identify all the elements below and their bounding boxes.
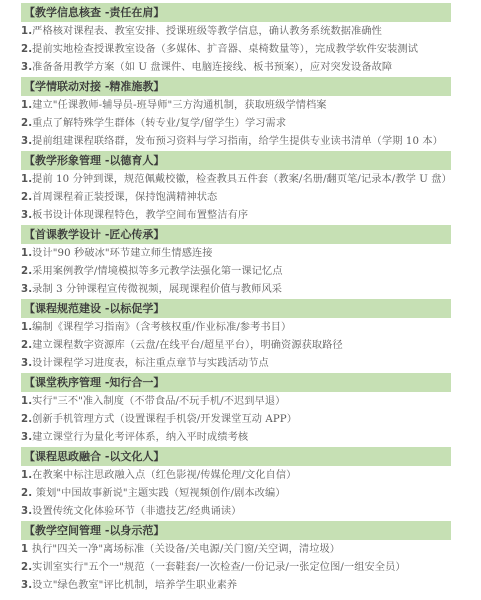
section-teacher-image: 【教学形象管理 -以德育人】 1.提前 10 分钟到课，规范佩戴校徽，检查教具五… bbox=[21, 151, 451, 225]
item-number: 2. bbox=[21, 118, 32, 129]
section-header: 【课程思政融合 -以文化人】 bbox=[21, 447, 451, 466]
item-text: 首周课程着正装授课，保持饱满精神状态 bbox=[32, 192, 217, 203]
item-text: 设立"绿色教室"评比机制，培养学生职业素养 bbox=[32, 580, 237, 591]
item-number: 3. bbox=[21, 432, 32, 443]
item-text: 重点了解特殊学生群体（转专业/复学/留学生）学习需求 bbox=[32, 118, 286, 129]
item-number: 1. bbox=[21, 470, 32, 481]
list-item: 3.设立"绿色教室"评比机制，培养学生职业素养 bbox=[21, 577, 451, 595]
item-text: 采用案例教学/情境模拟等多元教学法强化第一课记忆点 bbox=[32, 266, 282, 277]
list-item: 1.严格核对课程表、教室安排、授课班级等教学信息，确认教务系统数据准确性 bbox=[21, 23, 451, 41]
item-text: 建立"任课教师-辅导员-班导师"三方沟通机制，获取班级学情档案 bbox=[32, 100, 326, 111]
section-header: 【课堂秩序管理 -知行合一】 bbox=[21, 373, 451, 392]
section-header: 【首课教学设计 -匠心传承】 bbox=[21, 225, 451, 244]
list-item: 3.建立课堂行为量化考评体系，纳入平时成绩考核 bbox=[21, 429, 451, 447]
section-ideological-integration: 【课程思政融合 -以文化人】 1.在教案中标注思政融入点（红色影视/传媒伦理/文… bbox=[21, 447, 451, 521]
section-header: 【教学空间管理 -以身示范】 bbox=[21, 521, 451, 540]
list-item: 2.建立课程数字资源库（云盘/在线平台/超星平台），明确资源获取路径 bbox=[21, 337, 451, 355]
list-item: 3.设置传统文化体验环节（非遗技艺/经典诵读） bbox=[21, 503, 451, 521]
item-text: 建立课程数字资源库（云盘/在线平台/超星平台），明确资源获取路径 bbox=[32, 340, 343, 351]
item-text: 实训室实行"五个一"规范（一套鞋套/一次检查/一份记录/一张定位图/一组安全员） bbox=[32, 562, 405, 573]
item-number: 3. bbox=[21, 62, 32, 73]
item-number: 3. bbox=[21, 506, 32, 517]
list-item: 1.实行"三不"准入制度（不带食品/不玩手机/不迟到早退） bbox=[21, 393, 451, 411]
list-item: 3.设计课程学习进度表，标注重点章节与实践活动节点 bbox=[21, 355, 451, 373]
section-teaching-info-check: 【教学信息核查 -责任在肩】 1.严格核对课程表、教室安排、授课班级等教学信息，… bbox=[21, 3, 451, 77]
section-first-lesson-design: 【首课教学设计 -匠心传承】 1.设计"90 秒破冰"环节建立师生情感连接 2.… bbox=[21, 225, 451, 299]
section-student-liaison: 【学情联动对接 -精准施教】 1.建立"任课教师-辅导员-班导师"三方沟通机制，… bbox=[21, 77, 451, 151]
item-text: 编制《课程学习指南》（含考核权重/作业标准/参考书目） bbox=[32, 322, 291, 333]
item-text: 设计课程学习进度表，标注重点章节与实践活动节点 bbox=[32, 358, 269, 369]
item-text: 执行"四关一净"离场标准（关设备/关电源/关门窗/关空调，清垃圾） bbox=[32, 544, 340, 555]
list-item: 3.录制 3 分钟课程宣传微视频，展现课程价值与教师风采 bbox=[21, 281, 451, 299]
section-items: 1.建立"任课教师-辅导员-班导师"三方沟通机制，获取班级学情档案 2.重点了解… bbox=[21, 96, 451, 151]
section-items: 1.实行"三不"准入制度（不带食品/不玩手机/不迟到早退） 2.创新手机管理方式… bbox=[21, 392, 451, 447]
list-item: 2. 策划"中国故事新说"主题实践（短视频创作/剧本改编） bbox=[21, 485, 451, 503]
item-text: 设置传统文化体验环节（非遗技艺/经典诵读） bbox=[32, 506, 241, 517]
item-number: 3. bbox=[21, 284, 32, 295]
list-item: 3.板书设计体现课程特色，教学空间布置整洁有序 bbox=[21, 207, 451, 225]
list-item: 2.首周课程着正装授课，保持饱满精神状态 bbox=[21, 189, 451, 207]
section-items: 1.在教案中标注思政融入点（红色影视/传媒伦理/文化自信） 2. 策划"中国故事… bbox=[21, 466, 451, 521]
section-items: 1.严格核对课程表、教室安排、授课班级等教学信息，确认教务系统数据准确性 2.提… bbox=[21, 22, 451, 77]
section-header: 【课程规范建设 -以标促学】 bbox=[21, 299, 451, 318]
list-item: 2.采用案例教学/情境模拟等多元教学法强化第一课记忆点 bbox=[21, 263, 451, 281]
item-number: 3. bbox=[21, 210, 32, 221]
item-text: 提前实地检查授课教室设备（多媒体、扩音器、桌椅数量等），完成教学软件安装测试 bbox=[32, 44, 418, 55]
list-item: 1.提前 10 分钟到课，规范佩戴校徽，检查教具五件套（教案/名册/翻页笔/记录… bbox=[21, 171, 451, 189]
section-items: 1.设计"90 秒破冰"环节建立师生情感连接 2.采用案例教学/情境模拟等多元教… bbox=[21, 244, 451, 299]
section-header: 【教学信息核查 -责任在肩】 bbox=[21, 3, 451, 22]
item-number: 3. bbox=[21, 136, 32, 147]
item-number: 2. bbox=[21, 562, 32, 573]
list-item: 1.编制《课程学习指南》（含考核权重/作业标准/参考书目） bbox=[21, 319, 451, 337]
list-item: 2.提前实地检查授课教室设备（多媒体、扩音器、桌椅数量等），完成教学软件安装测试 bbox=[21, 41, 451, 59]
item-number: 1. bbox=[21, 174, 32, 185]
item-text: 建立课堂行为量化考评体系，纳入平时成绩考核 bbox=[32, 432, 248, 443]
item-text: 提前 10 分钟到课，规范佩戴校徽，检查教具五件套（教案/名册/翻页笔/记录本/… bbox=[32, 174, 452, 185]
item-number: 2. bbox=[21, 488, 36, 499]
item-text: 创新手机管理方式（设置课程手机袋/开发课堂互动 APP） bbox=[32, 414, 297, 425]
item-number: 1. bbox=[21, 100, 32, 111]
item-number: 2. bbox=[21, 192, 32, 203]
section-items: 1.编制《课程学习指南》（含考核权重/作业标准/参考书目） 2.建立课程数字资源… bbox=[21, 318, 451, 373]
list-item: 2.重点了解特殊学生群体（转专业/复学/留学生）学习需求 bbox=[21, 115, 451, 133]
list-item: 2.创新手机管理方式（设置课程手机袋/开发课堂互动 APP） bbox=[21, 411, 451, 429]
item-text: 在教案中标注思政融入点（红色影视/传媒伦理/文化自信） bbox=[32, 470, 296, 481]
section-items: 1 执行"四关一净"离场标准（关设备/关电源/关门窗/关空调，清垃圾） 2.实训… bbox=[21, 540, 451, 595]
item-text: 提前组建课程联络群，发布预习资料与学习指南，给学生提供专业读书清单（学期 10 … bbox=[32, 136, 443, 147]
item-number: 1. bbox=[21, 322, 32, 333]
item-number: 1. bbox=[21, 396, 32, 407]
list-item: 3.准备备用教学方案（如 U 盘课件、电脑连接线、板书预案），应对突发设备故障 bbox=[21, 59, 451, 77]
item-number: 2. bbox=[21, 44, 32, 55]
item-number: 1. bbox=[21, 248, 32, 259]
section-header: 【学情联动对接 -精准施教】 bbox=[21, 77, 451, 96]
item-text: 板书设计体现课程特色，教学空间布置整洁有序 bbox=[32, 210, 248, 221]
list-item: 1.设计"90 秒破冰"环节建立师生情感连接 bbox=[21, 245, 451, 263]
list-item: 1 执行"四关一净"离场标准（关设备/关电源/关门窗/关空调，清垃圾） bbox=[21, 541, 451, 559]
list-item: 2.实训室实行"五个一"规范（一套鞋套/一次检查/一份记录/一张定位图/一组安全… bbox=[21, 559, 451, 577]
item-text: 准备备用教学方案（如 U 盘课件、电脑连接线、板书预案），应对突发设备故障 bbox=[32, 62, 392, 73]
item-text: 设计"90 秒破冰"环节建立师生情感连接 bbox=[32, 248, 212, 259]
list-item: 1.建立"任课教师-辅导员-班导师"三方沟通机制，获取班级学情档案 bbox=[21, 97, 451, 115]
item-number: 3. bbox=[21, 358, 32, 369]
document-page: 【教学信息核查 -责任在肩】 1.严格核对课程表、教室安排、授课班级等教学信息，… bbox=[21, 3, 451, 595]
item-text: 实行"三不"准入制度（不带食品/不玩手机/不迟到早退） bbox=[32, 396, 285, 407]
item-number: 3. bbox=[21, 580, 32, 591]
section-teaching-space: 【教学空间管理 -以身示范】 1 执行"四关一净"离场标准（关设备/关电源/关门… bbox=[21, 521, 451, 595]
section-header: 【教学形象管理 -以德育人】 bbox=[21, 151, 451, 170]
item-number: 1. bbox=[21, 26, 32, 37]
section-classroom-order: 【课堂秩序管理 -知行合一】 1.实行"三不"准入制度（不带食品/不玩手机/不迟… bbox=[21, 373, 451, 447]
list-item: 1.在教案中标注思政融入点（红色影视/传媒伦理/文化自信） bbox=[21, 467, 451, 485]
item-number: 2. bbox=[21, 266, 32, 277]
section-items: 1.提前 10 分钟到课，规范佩戴校徽，检查教具五件套（教案/名册/翻页笔/记录… bbox=[21, 170, 451, 225]
list-item: 3.提前组建课程联络群，发布预习资料与学习指南，给学生提供专业读书清单（学期 1… bbox=[21, 133, 451, 151]
item-number: 2. bbox=[21, 340, 32, 351]
item-number: 1 bbox=[21, 544, 32, 555]
item-text: 策划"中国故事新说"主题实践（短视频创作/剧本改编） bbox=[36, 488, 286, 499]
item-text: 严格核对课程表、教室安排、授课班级等教学信息，确认教务系统数据准确性 bbox=[32, 26, 382, 37]
item-text: 录制 3 分钟课程宣传微视频，展现课程价值与教师风采 bbox=[32, 284, 282, 295]
section-course-standards: 【课程规范建设 -以标促学】 1.编制《课程学习指南》（含考核权重/作业标准/参… bbox=[21, 299, 451, 373]
item-number: 2. bbox=[21, 414, 32, 425]
